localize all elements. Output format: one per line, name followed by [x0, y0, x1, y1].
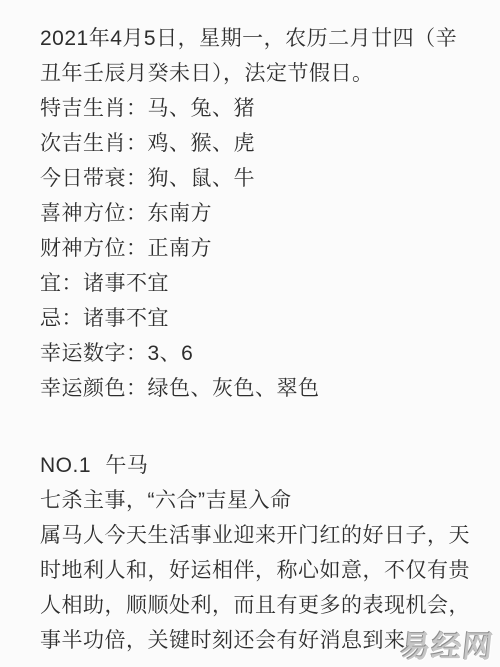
text-line: 今日带衰：狗、鼠、牛: [40, 161, 470, 196]
text-line: 财神方位：正南方: [40, 231, 470, 266]
watermark-logo: 易经网: [399, 622, 497, 666]
text-line: 2021年4月5日，星期一，农历二月廿四（辛: [40, 21, 470, 56]
text-line: 幸运数字：3、6: [40, 336, 470, 371]
text-line: 人相助，顺顺处利，而且有更多的表现机会，: [40, 588, 470, 623]
calendar-info-block: 2021年4月5日，星期一，农历二月廿四（辛丑年壬辰月癸未日），法定节假日。特吉…: [40, 21, 470, 406]
fortune-article-page: 2021年4月5日，星期一，农历二月廿四（辛丑年壬辰月癸未日），法定节假日。特吉…: [0, 0, 500, 667]
text-line: 忌：诸事不宜: [40, 301, 470, 336]
text-line: 幸运颜色：绿色、灰色、翠色: [40, 371, 470, 406]
section-title: NO.1 午马: [40, 448, 470, 483]
text-line: 时地利人和，好运相伴，称心如意，不仅有贵: [40, 553, 470, 588]
text-line: 喜神方位：东南方: [40, 196, 470, 231]
text-line: 特吉生肖：马、兔、猪: [40, 91, 470, 126]
text-line: 属马人今天生活事业迎来开门红的好日子，天: [40, 518, 470, 553]
article-content: 2021年4月5日，星期一，农历二月廿四（辛丑年壬辰月癸未日），法定节假日。特吉…: [0, 0, 500, 658]
text-line: 次吉生肖：鸡、猴、虎: [40, 126, 470, 161]
text-line: 丑年壬辰月癸未日），法定节假日。: [40, 56, 470, 91]
text-line: 宜：诸事不宜: [40, 266, 470, 301]
section-subtitle: 七杀主事，“六合”吉星入命: [40, 483, 470, 518]
